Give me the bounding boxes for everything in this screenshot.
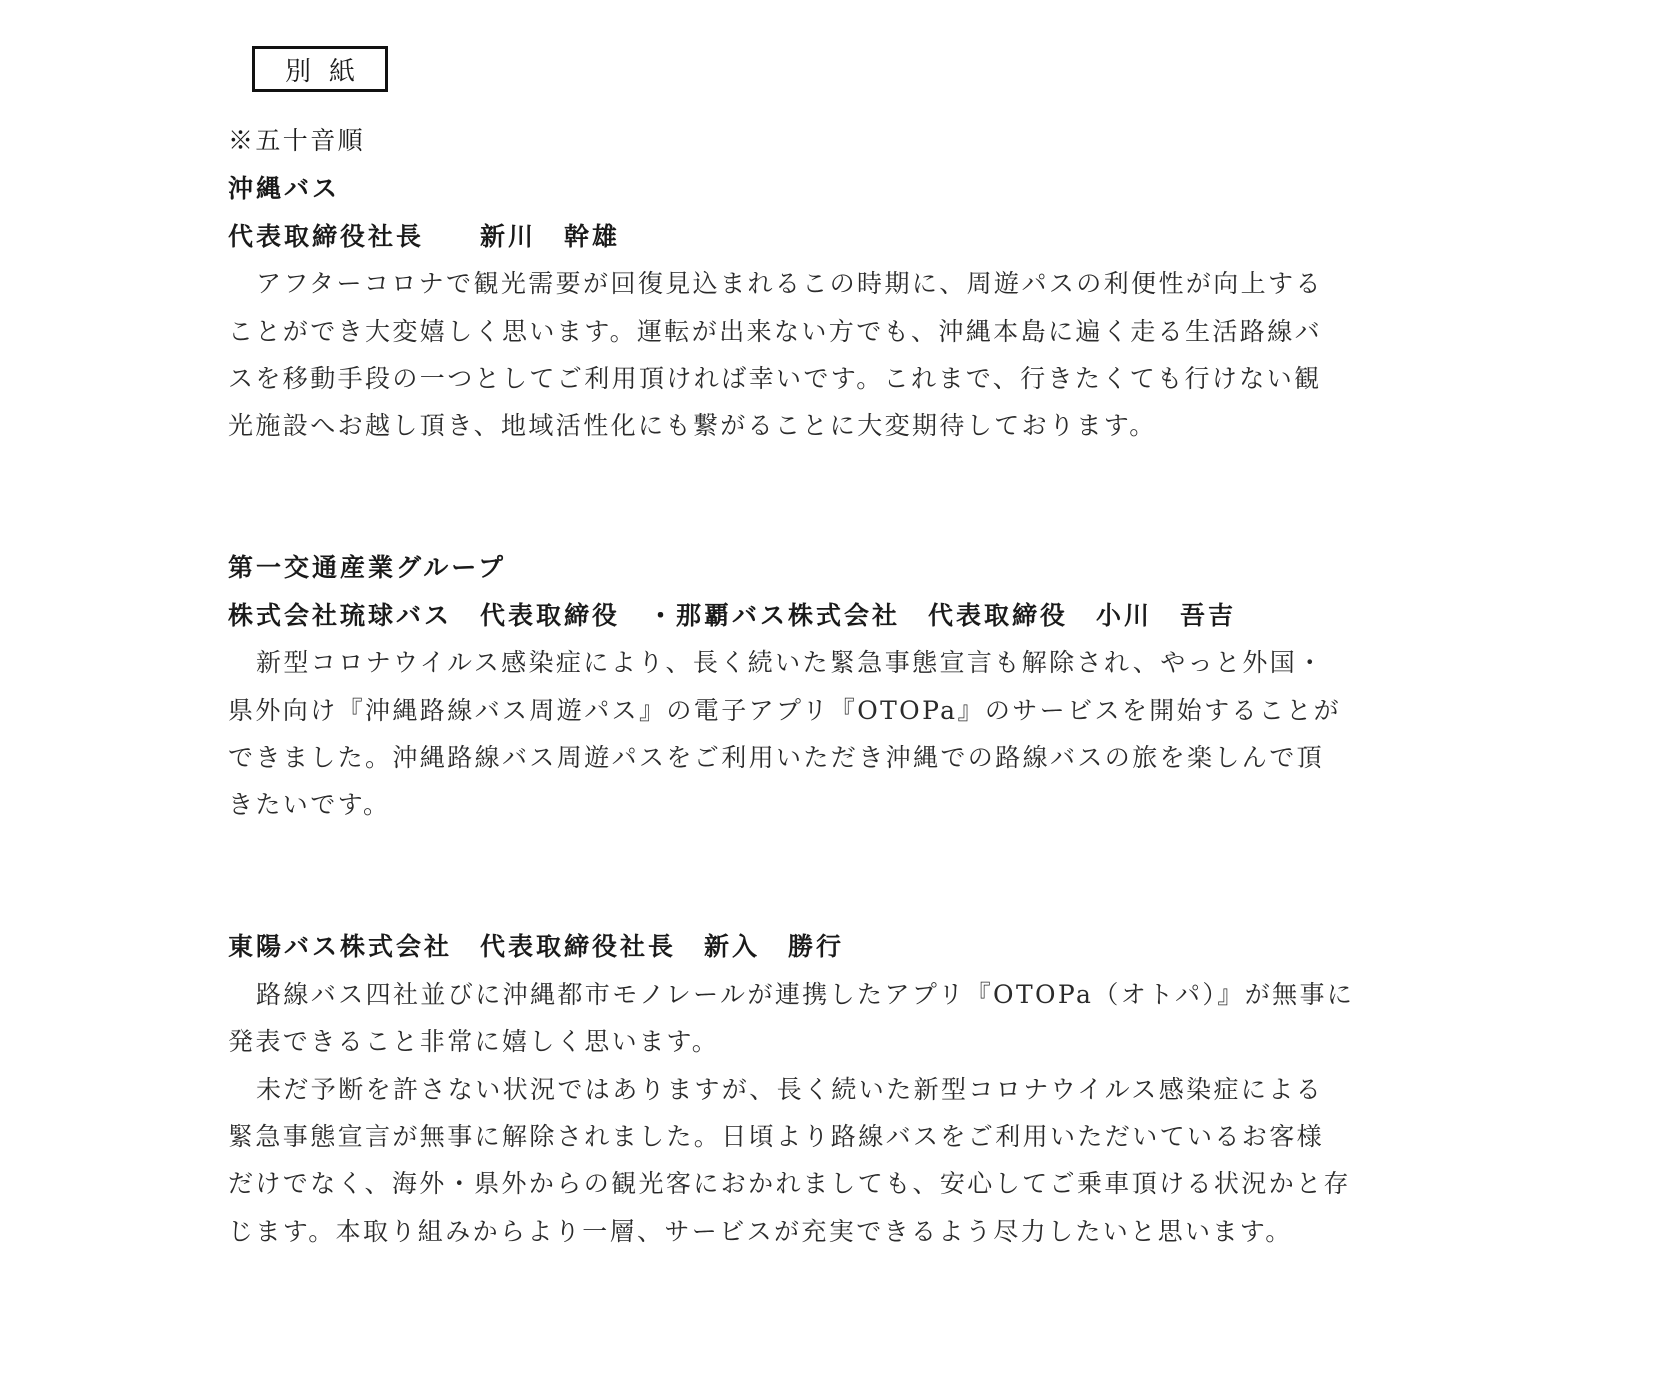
company-name-okinawa-bus: 沖縄バス (228, 174, 340, 204)
comment-line: 発表できること非常に嬉しく思います。 (228, 1027, 719, 1057)
representative-daiichi-kotsu: 株式会社琉球バス 代表取締役 ・那覇バス株式会社 代表取締役 小川 吾吉 (228, 601, 1236, 631)
comment-line: 路線バス四社並びに沖縄都市モノレールが連携したアプリ『OTOPa（オトパ）』が無… (228, 980, 1354, 1010)
comment-line: 光施設へお越し頂き、地域活性化にも繋がることに大変期待しております。 (228, 411, 1157, 441)
comment-line: 緊急事態宣言が無事に解除されました。日頃より路線バスをご利用いただいているお客様 (228, 1122, 1324, 1152)
attachment-label-box: 別紙 (252, 46, 388, 92)
company-name-daiichi-kotsu: 第一交通産業グループ (228, 553, 506, 583)
comment-line: 未だ予断を許さない状況ではありますが、長く続いた新型コロナウイルス感染症による (228, 1075, 1323, 1105)
sort-order-note: ※五十音順 (228, 126, 365, 156)
comment-line: 新型コロナウイルス感染症により、長く続いた緊急事態宣言も解除され、やっと外国・ (228, 648, 1325, 678)
comment-line: できました。沖縄路線バス周遊パスをご利用いただき沖縄での路線バスの旅を楽しんで頂 (228, 743, 1324, 773)
comment-line: スを移動手段の一つとしてご利用頂ければ幸いです。これまで、行きたくても行けない観 (228, 364, 1322, 394)
comment-line: ことができ大変嬉しく思います。運転が出来ない方でも、沖縄本島に遍く走る生活路線バ (228, 317, 1322, 347)
representative-toyo-bus: 東陽バス株式会社 代表取締役社長 新入 勝行 (228, 932, 844, 962)
representative-okinawa-bus: 代表取締役社長 新川 幹雄 (228, 222, 620, 252)
comment-line: アフターコロナで観光需要が回復見込まれるこの時期に、周遊パスの利便性が向上する (228, 269, 1323, 299)
attachment-label: 別紙 (285, 51, 373, 88)
document-page: 別紙 ※五十音順 沖縄バス 代表取締役社長 新川 幹雄 アフターコロナで観光需要… (0, 0, 1654, 1390)
comment-line: だけでなく、海外・県外からの観光客におかれましても、安心してご乗車頂ける状況かと… (228, 1169, 1351, 1199)
comment-line: 県外向け『沖縄路線バス周遊パス』の電子アプリ『OTOPa』のサービスを開始するこ… (228, 696, 1341, 726)
comment-line: じます。本取り組みからより一層、サービスが充実できるよう尽力したいと思います。 (228, 1217, 1293, 1247)
comment-line: きたいです。 (228, 790, 390, 820)
